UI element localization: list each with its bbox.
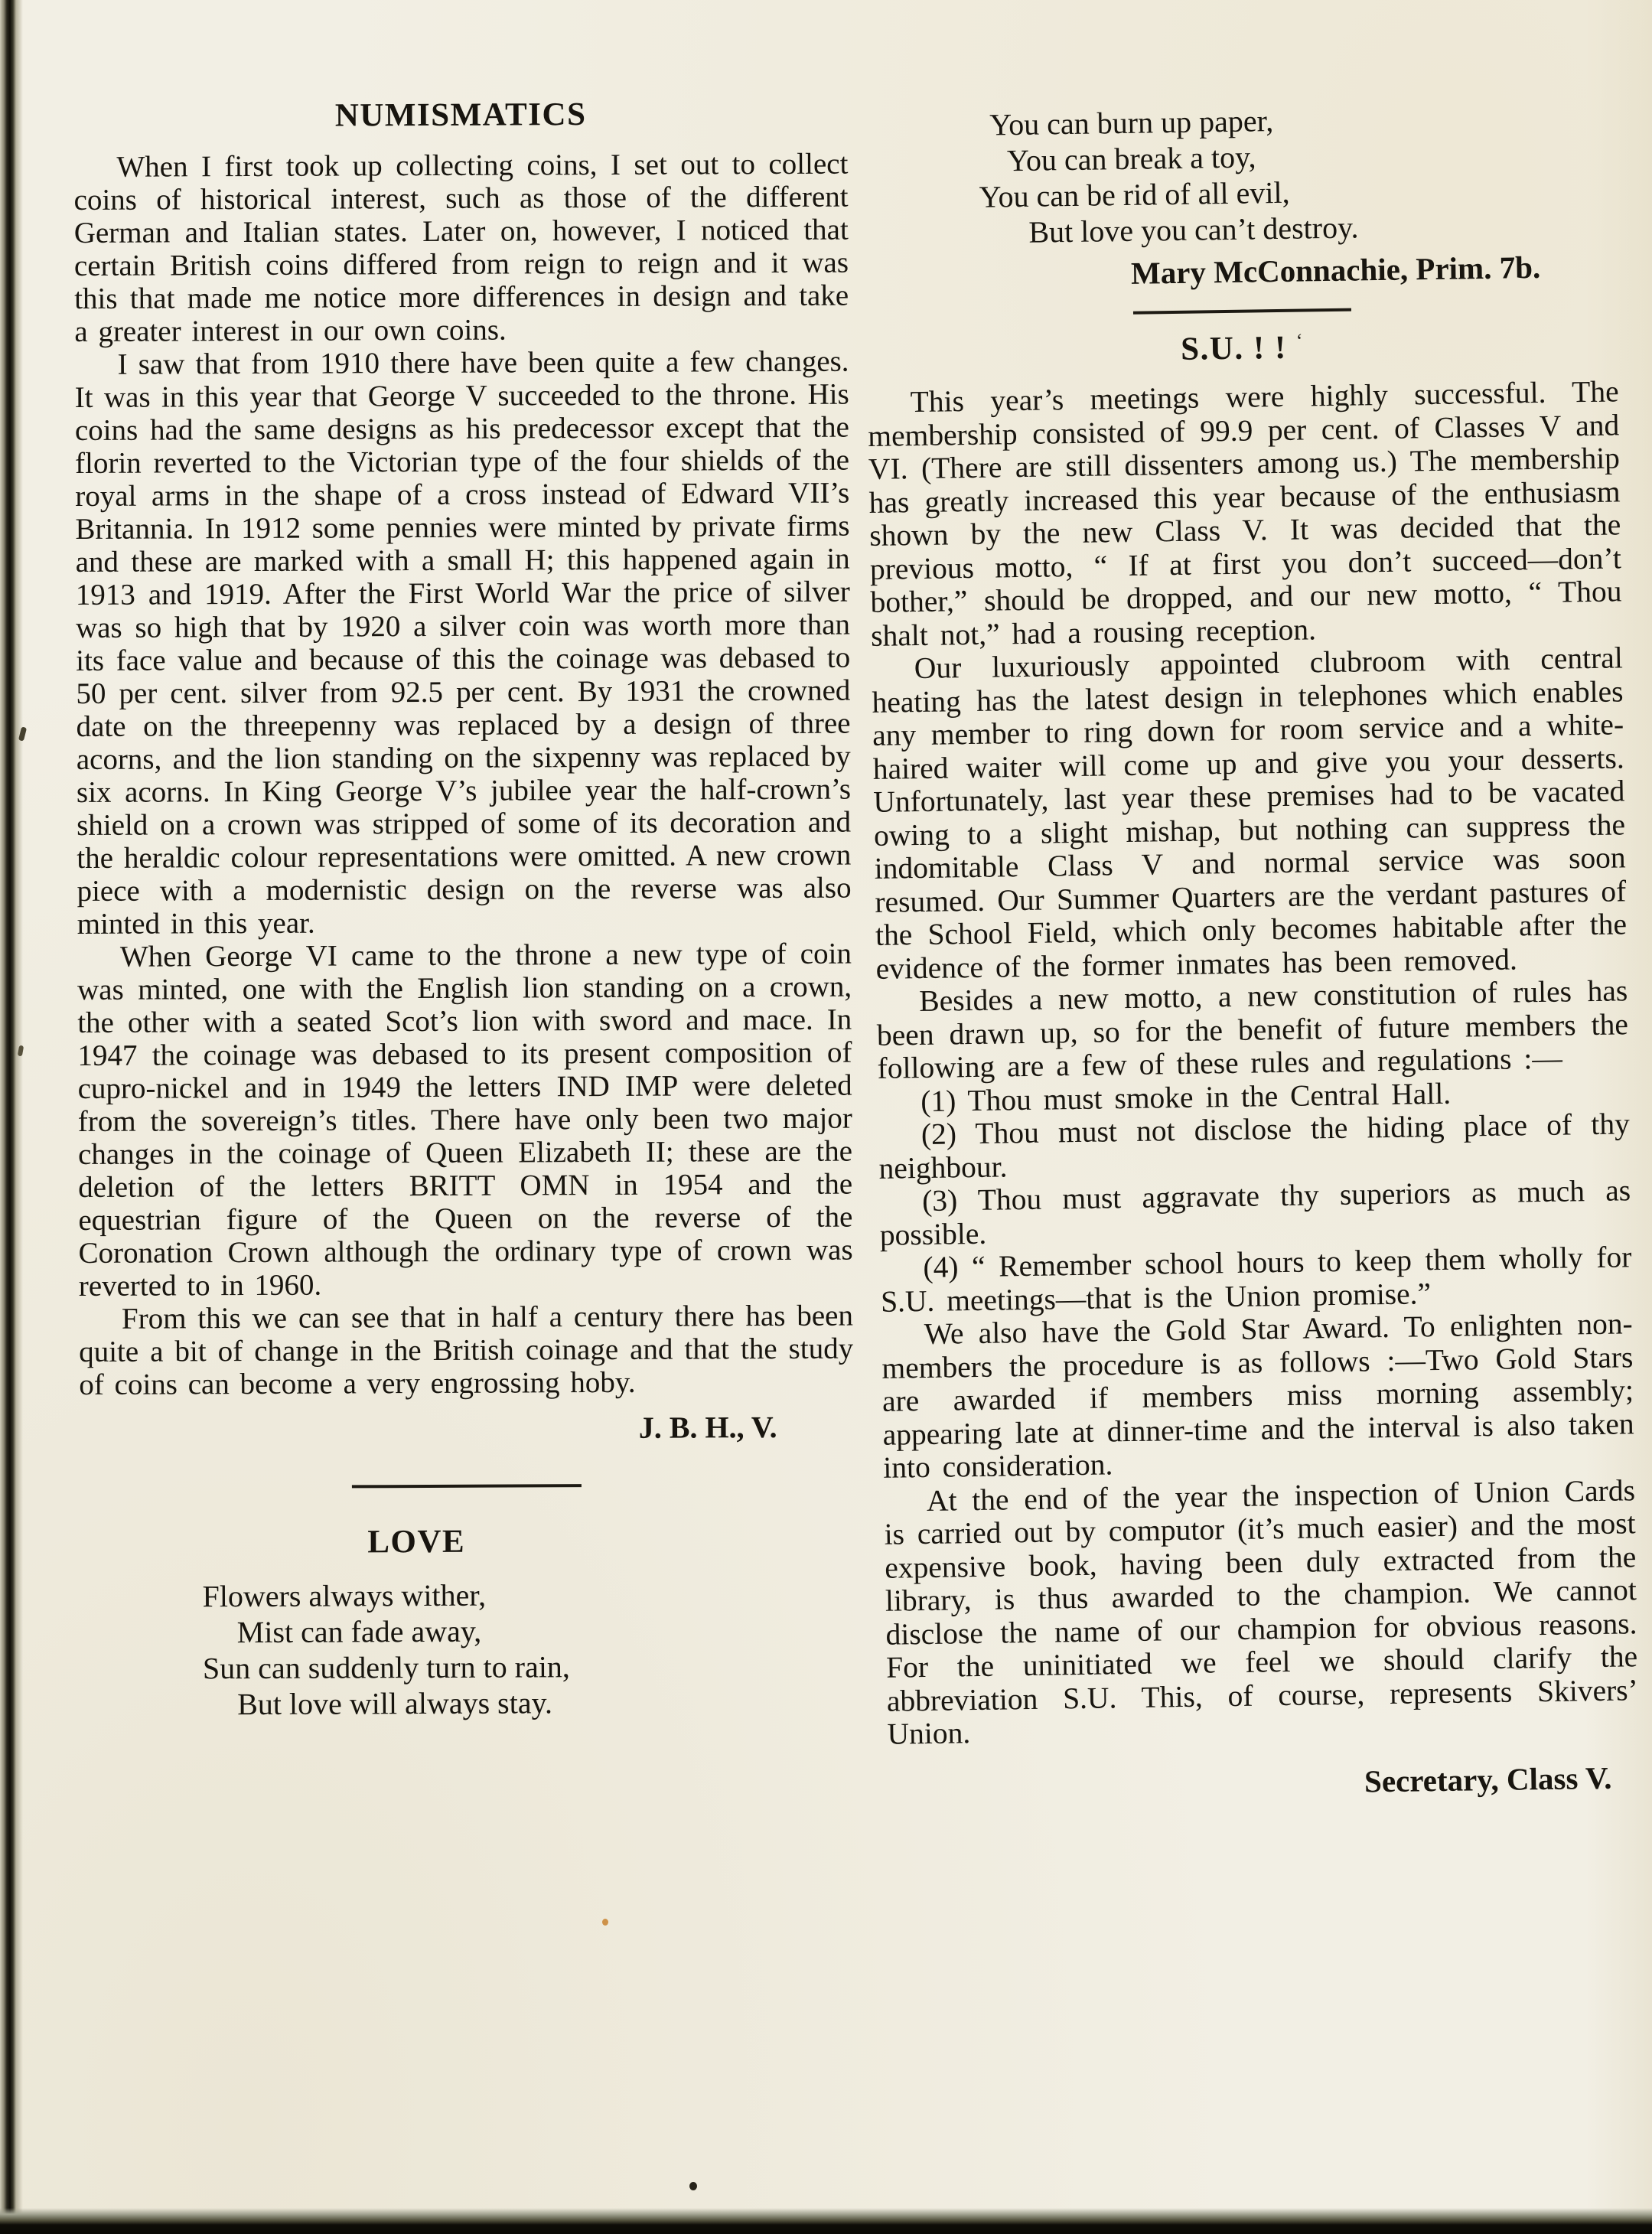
su-signature: Secretary, Class V. — [888, 1759, 1640, 1807]
numismatics-paragraph: From this we can see that in half a cent… — [79, 1300, 854, 1401]
su-rule: (4) “ Remember school hours to keep them… — [880, 1241, 1632, 1319]
su-rule: (3) Thou must aggravate thy superiors as… — [879, 1174, 1631, 1252]
numismatics-paragraph: I saw that from 1910 there have been qui… — [74, 345, 851, 941]
poem-line: Mist can fade away, — [237, 1612, 855, 1651]
scan-stray-mark: ‘ — [1296, 329, 1305, 351]
numismatics-paragraph: When I first took up collecting coins, I… — [73, 148, 849, 348]
su-title: S.U. ! ! ‘ — [866, 324, 1618, 373]
su-title-text: S.U. ! ! — [1181, 330, 1287, 367]
su-paragraph: We also have the Gold Star Award. To enl… — [881, 1307, 1634, 1485]
poem-continuation: You can burn up paper, You can break a t… — [978, 97, 1617, 250]
scanned-magazine-page: { "articles": { "numismatics": { "title"… — [0, 0, 1652, 2234]
section-divider — [1132, 308, 1351, 315]
poem-line: But love will always stay. — [237, 1684, 855, 1723]
su-paragraph: This year’s meetings were highly success… — [867, 375, 1622, 653]
su-paragraph: Our luxuriously appointed clubroom with … — [872, 641, 1628, 986]
numismatics-signature: J. B. H., V. — [79, 1409, 853, 1448]
su-paragraph: Besides a new motto, a new constitution … — [876, 974, 1629, 1085]
su-paragraph: At the end of the year the inspection of… — [884, 1474, 1639, 1752]
numismatics-title: NUMISMATICS — [73, 95, 848, 135]
poem-line: Sun can suddenly turn to rain, — [203, 1648, 855, 1687]
scan-bottom-edge — [0, 2208, 1652, 2234]
section-divider — [352, 1484, 582, 1488]
love-title: LOVE — [202, 1522, 630, 1561]
scan-gutter-shadow — [0, 0, 23, 2234]
love-poem: Flowers always wither, Mist can fade awa… — [202, 1576, 855, 1723]
left-column: NUMISMATICS When I first took up collect… — [73, 95, 855, 1723]
poem-signature: Mary McConnachie, Prim. 7b. — [865, 247, 1618, 295]
foxing-speck — [602, 1919, 608, 1926]
right-column: You can burn up paper, You can break a t… — [863, 97, 1640, 1806]
poem-line: But love you can’t destroy. — [1028, 205, 1617, 249]
scan-speck — [689, 2182, 697, 2190]
poem-line: Flowers always wither, — [202, 1576, 854, 1615]
numismatics-paragraph: When George VI came to the throne a new … — [77, 938, 853, 1303]
su-rule: (2) Thou must not disclose the hiding pl… — [878, 1107, 1631, 1185]
